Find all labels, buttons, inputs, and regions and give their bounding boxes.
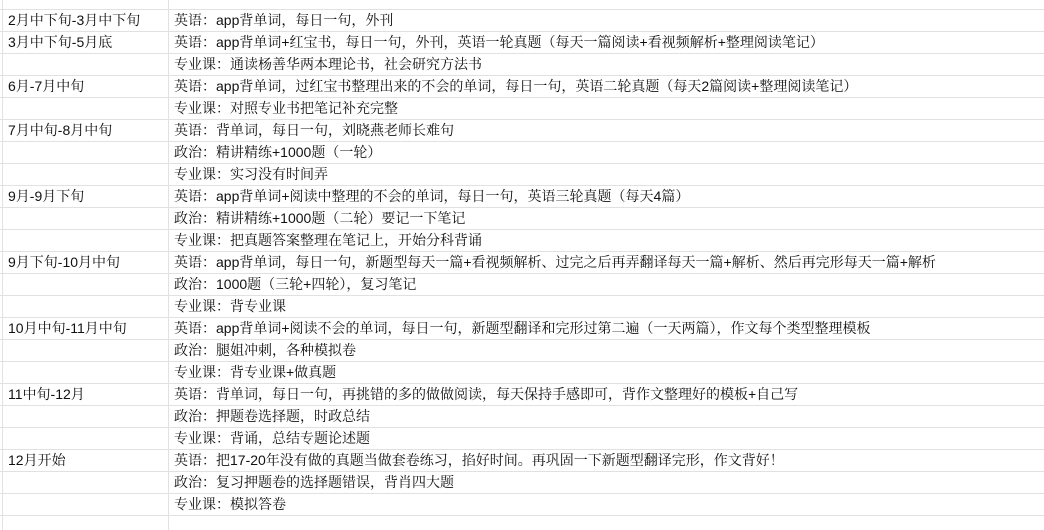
task-cell[interactable]: 专业课：实习没有时间弄 [168, 164, 1044, 185]
table-row: 11中旬-12月英语：背单词，每日一句，再挑错的多的做做阅读，每天保持手感即可，… [0, 384, 1044, 406]
period-cell[interactable]: 11中旬-12月 [0, 384, 168, 405]
table-row: 2月中下旬-3月中下旬英语：app背单词，每日一句，外刊 [0, 10, 1044, 32]
period-cell[interactable] [0, 428, 168, 449]
period-cell[interactable]: 6月-7月中旬 [0, 76, 168, 97]
task-cell[interactable]: 政治：精讲精练+1000题（一轮） [168, 142, 1044, 163]
task-cell[interactable]: 专业课：背专业课 [168, 296, 1044, 317]
task-cell[interactable]: 政治：1000题（三轮+四轮），复习笔记 [168, 274, 1044, 295]
period-cell[interactable] [0, 98, 168, 119]
table-row: 6月-7月中旬英语：app背单词，过红宝书整理出来的不会的单词，每日一句，英语二… [0, 76, 1044, 98]
period-cell[interactable] [0, 472, 168, 493]
period-cell[interactable]: 7月中旬-8月中旬 [0, 120, 168, 141]
period-cell[interactable]: 9月下旬-10月中旬 [0, 252, 168, 273]
table-row: 9月-9月下旬英语：app背单词+阅读中整理的不会的单词，每日一句，英语三轮真题… [0, 186, 1044, 208]
task-cell[interactable]: 英语：app背单词，每日一句，外刊 [168, 10, 1044, 31]
period-cell[interactable]: 2月中下旬-3月中下旬 [0, 10, 168, 31]
partial-row-top [0, 0, 1044, 10]
table-row: 专业课：通读杨善华两本理论书，社会研究方法书 [0, 54, 1044, 76]
table-row: 政治：押题卷选择题，时政总结 [0, 406, 1044, 428]
table-row: 政治：腿姐冲刺，各种模拟卷 [0, 340, 1044, 362]
task-cell[interactable]: 政治：腿姐冲刺，各种模拟卷 [168, 340, 1044, 361]
period-cell[interactable] [0, 54, 168, 75]
task-cell[interactable]: 政治：精讲精练+1000题（二轮）要记一下笔记 [168, 208, 1044, 229]
task-cell[interactable]: 专业课：把真题答案整理在笔记上，开始分科背诵 [168, 230, 1044, 251]
period-cell[interactable]: 10月中旬-11月中旬 [0, 318, 168, 339]
period-cell[interactable] [0, 230, 168, 251]
task-cell[interactable]: 专业课：背诵，总结专题论述题 [168, 428, 1044, 449]
table-row: 政治：精讲精练+1000题（二轮）要记一下笔记 [0, 208, 1044, 230]
table-row: 专业课：背专业课 [0, 296, 1044, 318]
task-cell[interactable]: 英语：app背单词+阅读不会的单词，每日一句，新题型翻译和完形过第二遍（一天两篇… [168, 318, 1044, 339]
task-cell[interactable]: 英语：app背单词，每日一句，新题型每天一篇+看视频解析、过完之后再弄翻译每天一… [168, 252, 1044, 273]
table-row: 专业课：背诵，总结专题论述题 [0, 428, 1044, 450]
table-row: 政治：1000题（三轮+四轮），复习笔记 [0, 274, 1044, 296]
table-row: 专业课：模拟答卷 [0, 494, 1044, 516]
partial-row-bottom [0, 516, 1044, 530]
task-cell[interactable]: 专业课：背专业课+做真题 [168, 362, 1044, 383]
table-row: 9月下旬-10月中旬英语：app背单词，每日一句，新题型每天一篇+看视频解析、过… [0, 252, 1044, 274]
task-cell[interactable]: 政治：复习押题卷的选择题错误，背肖四大题 [168, 472, 1044, 493]
task-cell[interactable]: 英语：app背单词，过红宝书整理出来的不会的单词，每日一句，英语二轮真题（每天2… [168, 76, 1044, 97]
task-cell[interactable]: 英语：app背单词+阅读中整理的不会的单词，每日一句，英语三轮真题（每天4篇） [168, 186, 1044, 207]
table-row: 专业课：实习没有时间弄 [0, 164, 1044, 186]
task-cell[interactable]: 英语：app背单词+红宝书，每日一句，外刊，英语一轮真题（每天一篇阅读+看视频解… [168, 32, 1044, 53]
table-row: 3月中下旬-5月底英语：app背单词+红宝书，每日一句，外刊，英语一轮真题（每天… [0, 32, 1044, 54]
period-cell[interactable] [0, 296, 168, 317]
task-cell[interactable]: 英语：把17-20年没有做的真题当做套卷练习，掐好时间。再巩固一下新题型翻译完形… [168, 450, 1044, 471]
task-cell[interactable]: 专业课：对照专业书把笔记补充完整 [168, 98, 1044, 119]
spreadsheet-grid: 2月中下旬-3月中下旬英语：app背单词，每日一句，外刊3月中下旬-5月底英语：… [0, 0, 1044, 530]
table-row: 12月开始英语：把17-20年没有做的真题当做套卷练习，掐好时间。再巩固一下新题… [0, 450, 1044, 472]
period-cell[interactable]: 3月中下旬-5月底 [0, 32, 168, 53]
task-cell[interactable]: 专业课：模拟答卷 [168, 494, 1044, 515]
task-cell[interactable]: 英语：背单词，每日一句，再挑错的多的做做阅读，每天保持手感即可，背作文整理好的模… [168, 384, 1044, 405]
period-cell[interactable] [0, 362, 168, 383]
task-cell[interactable]: 专业课：通读杨善华两本理论书，社会研究方法书 [168, 54, 1044, 75]
table-row: 专业课：把真题答案整理在笔记上，开始分科背诵 [0, 230, 1044, 252]
period-cell[interactable] [0, 340, 168, 361]
period-cell[interactable] [0, 274, 168, 295]
task-cell[interactable]: 英语：背单词，每日一句，刘晓燕老师长难句 [168, 120, 1044, 141]
table-row: 政治：复习押题卷的选择题错误，背肖四大题 [0, 472, 1044, 494]
period-cell[interactable] [0, 142, 168, 163]
period-cell[interactable] [0, 164, 168, 185]
table-row: 专业课：对照专业书把笔记补充完整 [0, 98, 1044, 120]
period-cell[interactable]: 9月-9月下旬 [0, 186, 168, 207]
period-cell[interactable]: 12月开始 [0, 450, 168, 471]
period-cell[interactable] [0, 406, 168, 427]
rows-container: 2月中下旬-3月中下旬英语：app背单词，每日一句，外刊3月中下旬-5月底英语：… [0, 10, 1044, 516]
period-cell[interactable] [0, 494, 168, 515]
table-row: 专业课：背专业课+做真题 [0, 362, 1044, 384]
period-cell[interactable] [0, 208, 168, 229]
table-row: 政治：精讲精练+1000题（一轮） [0, 142, 1044, 164]
table-row: 10月中旬-11月中旬英语：app背单词+阅读不会的单词，每日一句，新题型翻译和… [0, 318, 1044, 340]
table-row: 7月中旬-8月中旬英语：背单词，每日一句，刘晓燕老师长难句 [0, 120, 1044, 142]
task-cell[interactable]: 政治：押题卷选择题，时政总结 [168, 406, 1044, 427]
